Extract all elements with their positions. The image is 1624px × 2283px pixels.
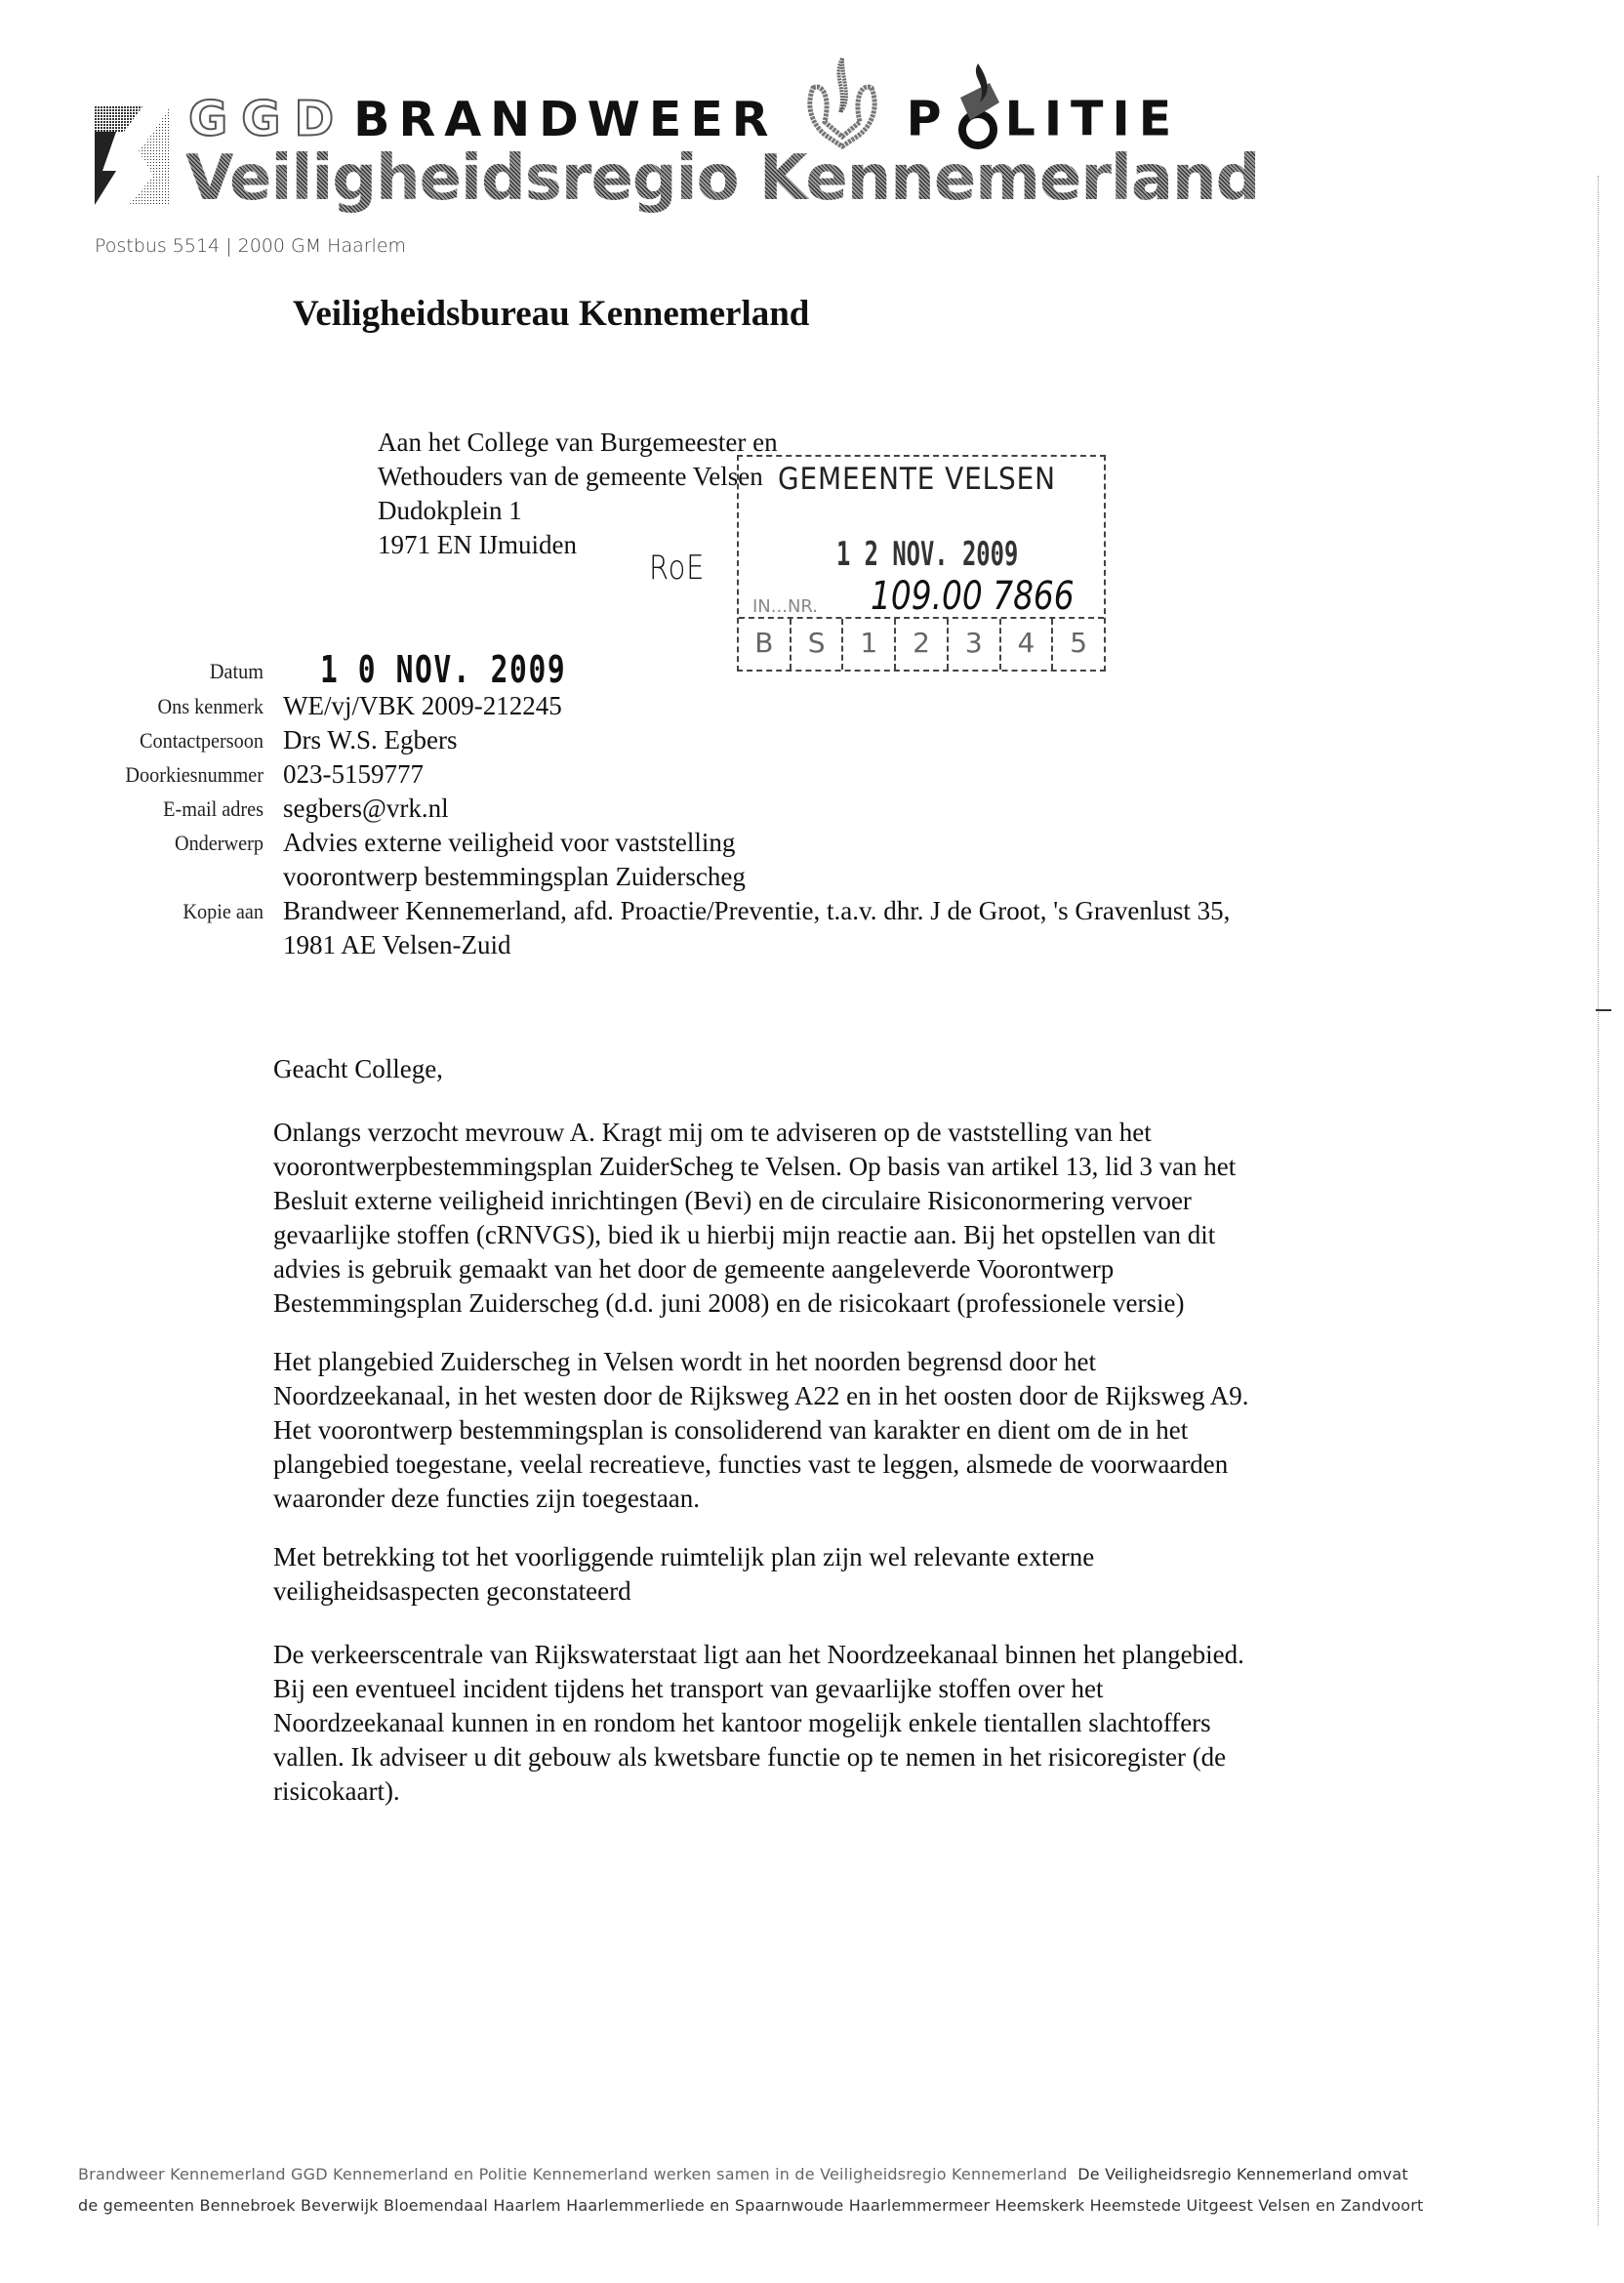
- body-line: plangebied toegestane, veelal recreatiev…: [273, 1447, 1405, 1482]
- body-paragraph-4: De verkeerscentrale van Rijkswaterstaat …: [273, 1638, 1405, 1809]
- region-wordmark: Veiligheidsregio Kennemerland: [185, 144, 1259, 213]
- meta-value: 023-5159777: [283, 757, 424, 792]
- meta-label: Datum: [57, 654, 264, 688]
- body-line: Onlangs verzocht mevrouw A. Kragt mij om…: [273, 1116, 1405, 1150]
- meta-value: 1981 AE Velsen-Zuid: [283, 928, 510, 962]
- address-line: 1971 EN IJmuiden: [378, 528, 778, 562]
- body-line: Het voorontwerp bestemmingsplan is conso…: [273, 1413, 1405, 1447]
- stamp-box: 5: [1053, 619, 1104, 670]
- stamp-box: B: [739, 619, 792, 670]
- body-paragraph-2: Het plangebied Zuiderscheg in Velsen wor…: [273, 1345, 1405, 1516]
- stamp-box: 1: [843, 619, 896, 670]
- footer-cooperation-text: Brandweer Kennemerland GGD Kennemerland …: [78, 2165, 1068, 2183]
- body-line: Met betrekking tot het voorliggende ruim…: [273, 1540, 1405, 1574]
- stamp-in-number: 109.00 7866: [871, 574, 1075, 619]
- stamp-box: S: [792, 619, 844, 670]
- meta-label: Ons kenmerk: [57, 689, 264, 723]
- salutation: Geacht College,: [273, 1052, 1405, 1086]
- footer-region-text: De Veiligheidsregio Kennemerland omvat: [1077, 2165, 1408, 2183]
- meta-value: Advies externe veiligheid voor vaststell…: [283, 826, 735, 860]
- salutation-text: Geacht College,: [273, 1052, 1405, 1086]
- police-emblem-icon: [951, 54, 1005, 151]
- body-line: advies is gebruik gemaakt van het door d…: [273, 1252, 1405, 1286]
- body-line: risicokaart).: [273, 1774, 1405, 1809]
- stamp-box: 2: [896, 619, 949, 670]
- body-line: Bestemmingsplan Zuiderscheg (d.d. juni 2…: [273, 1286, 1405, 1321]
- recipient-address: Aan het College van Burgemeester en Weth…: [378, 426, 778, 562]
- footer-line-2: de gemeenten Bennebroek Beverwijk Bloeme…: [78, 2196, 1423, 2215]
- stamp-in-label: IN...NR.: [752, 596, 818, 617]
- body-line: vallen. Ik adviseer u dit gebouw als kwe…: [273, 1740, 1405, 1774]
- letterhead-top-line: GGDBRANDWEER P LITIE: [188, 93, 1180, 142]
- meta-label: Contactpersoon: [57, 723, 264, 757]
- meta-label: Onderwerp: [57, 826, 264, 860]
- stamp-box: 3: [949, 619, 1001, 670]
- politie-wordmark-rest: LITIE: [1005, 92, 1181, 147]
- scan-edge-tick: [1596, 1009, 1611, 1011]
- scan-edge-line: [1598, 176, 1599, 2225]
- region-logo-icon: [95, 98, 171, 205]
- brandweer-wordmark: BRANDWEER: [353, 92, 777, 147]
- body-line: Besluit externe veiligheid inrichtingen …: [273, 1184, 1405, 1218]
- fire-brigade-emblem-icon: [803, 54, 881, 151]
- address-line: Wethouders van de gemeente Velsen: [378, 460, 778, 494]
- footer-line-1: Brandweer Kennemerland GGD Kennemerland …: [78, 2165, 1408, 2183]
- stamp-box: 4: [1001, 619, 1054, 670]
- politie-wordmark-p: P: [907, 92, 951, 147]
- body-paragraph-1: Onlangs verzocht mevrouw A. Kragt mij om…: [273, 1116, 1405, 1321]
- body-paragraph-3: Met betrekking tot het voorliggende ruim…: [273, 1540, 1405, 1609]
- meta-label: E-mail adres: [57, 792, 264, 826]
- body-line: Bij een eventueel incident tijdens het t…: [273, 1672, 1405, 1706]
- stamp-organization: GEMEENTE VELSEN: [778, 462, 1056, 497]
- body-line: De verkeerscentrale van Rijkswaterstaat …: [273, 1638, 1405, 1672]
- handwritten-initials: RoE: [649, 549, 705, 588]
- body-line: Noordzeekanaal, in het westen door de Ri…: [273, 1379, 1405, 1413]
- meta-value: WE/vj/VBK 2009-212245: [283, 689, 562, 723]
- meta-value: Brandweer Kennemerland, afd. Proactie/Pr…: [283, 894, 1230, 928]
- postal-address: Postbus 5514 | 2000 GM Haarlem: [95, 235, 406, 257]
- meta-value: voorontwerp bestemmingsplan Zuiderscheg: [283, 860, 746, 894]
- address-line: Aan het College van Burgemeester en: [378, 426, 778, 460]
- address-line: Dudokplein 1: [378, 494, 778, 528]
- body-line: veiligheidsaspecten geconstateerd: [273, 1574, 1405, 1609]
- meta-value: segbers@vrk.nl: [283, 792, 449, 826]
- bureau-title: Veiligheidsbureau Kennemerland: [293, 293, 809, 335]
- ggd-wordmark: GGD: [188, 92, 347, 147]
- meta-label: Doorkiesnummer: [57, 757, 264, 792]
- body-line: Noordzeekanaal kunnen in en rondom het k…: [273, 1706, 1405, 1740]
- meta-label: Kopie aan: [57, 894, 264, 928]
- date-stamp: 1 0 NOV. 2009: [320, 648, 566, 691]
- stamp-date: 1 2 NOV. 2009: [836, 535, 1018, 574]
- body-line: voorontwerpbestemmingsplan ZuiderScheg t…: [273, 1150, 1405, 1184]
- received-stamp: GEMEENTE VELSEN 1 2 NOV. 2009 IN...NR. 1…: [737, 455, 1106, 672]
- meta-value: Drs W.S. Egbers: [283, 723, 458, 757]
- body-line: waaronder deze functies zijn toegestaan.: [273, 1482, 1405, 1516]
- body-line: Het plangebied Zuiderscheg in Velsen wor…: [273, 1345, 1405, 1379]
- body-line: gevaarlijke stoffen (cRNVGS), bied ik u …: [273, 1218, 1405, 1252]
- stamp-box-row: B S 1 2 3 4 5: [739, 617, 1104, 670]
